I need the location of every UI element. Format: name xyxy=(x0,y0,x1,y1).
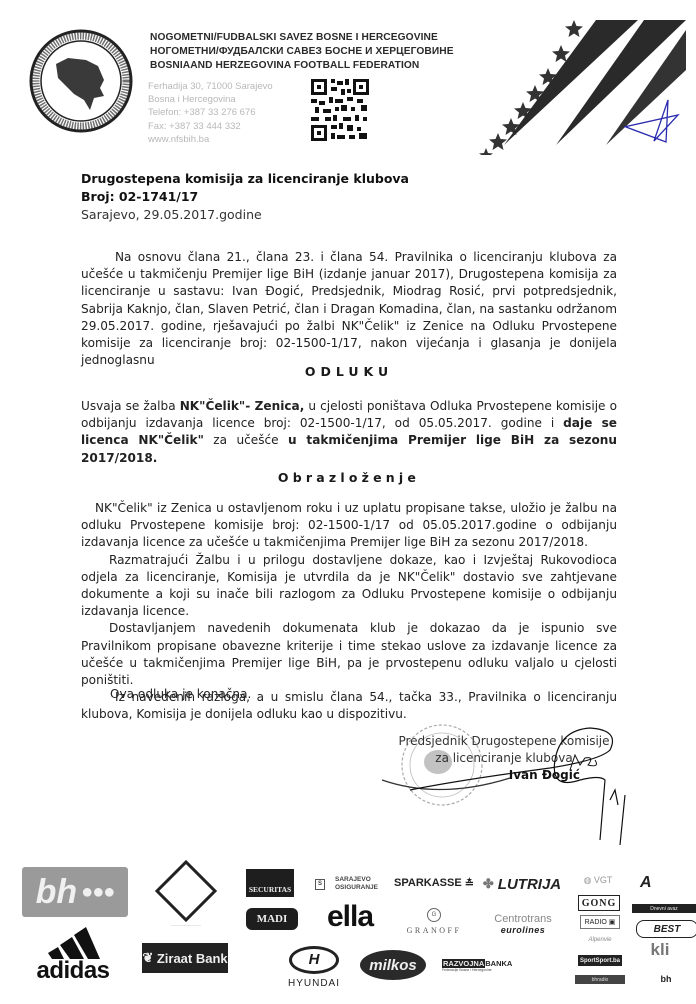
sarajevo-line1: SARAJEVO xyxy=(335,876,378,884)
sponsor-sparkasse: SPARKASSE ≛ xyxy=(396,874,472,892)
adidas-wordmark: adidas xyxy=(36,959,109,983)
ziraat-wordmark: Ziraat Bank xyxy=(157,951,228,966)
document-number: Broj: 02-1741/17 xyxy=(81,188,409,206)
intro-paragraph: Na osnovu člana 21., člana 23. i člana 5… xyxy=(81,249,617,369)
sponsor-bh-telecom: bh●●● xyxy=(22,867,128,917)
diamond-emblem-icon xyxy=(155,860,217,922)
stars-emblem-icon xyxy=(456,15,696,155)
sponsor-sportsport: SportSport.ba xyxy=(578,955,622,966)
phone-line: Telefon: +387 33 276 676 xyxy=(148,106,273,119)
org-name-cyrillic: НОГОМЕТНИ/ФУДБАЛСКИ САВЕЗ БОСНЕ И ХЕРЦЕГ… xyxy=(150,45,454,59)
lutrija-wordmark: LUTRIJA xyxy=(498,876,561,893)
banka-wordmark: BANKA xyxy=(485,959,512,968)
vgt-globe-icon: ◍ xyxy=(584,875,594,886)
adidas-stripes-icon xyxy=(46,927,100,959)
org-name-latin: NOGOMETNI/FUDBALSKI SAVEZ BOSNE I HERCEG… xyxy=(150,31,454,45)
contact-block: Ferhadija 30, 71000 Sarajevo Bosna i Her… xyxy=(148,80,273,146)
vgt-wordmark: VGT xyxy=(594,875,613,885)
sarajevo-osiguranje-icon: S xyxy=(315,879,325,890)
decision-club: NK"Čelik"- Zenica, xyxy=(180,399,305,413)
handwritten-signature-icon xyxy=(400,720,640,850)
decision-text-1: Usvaja se žalba xyxy=(81,399,180,413)
sponsor-hyundai: H HYUNDAI xyxy=(284,942,344,992)
sponsor-ella: ella xyxy=(322,900,378,934)
razvojna-wordmark: RAZVOJNA xyxy=(442,959,485,968)
emblem-caption: ............................... xyxy=(171,923,201,927)
sponsor-kli: kli xyxy=(640,939,680,961)
eurolines-wordmark: eurolines xyxy=(501,925,546,936)
sponsor-bhradio: bhradio xyxy=(575,975,625,984)
reasoning-paragraph: Dostavljanjem navedenih dokumenata klub … xyxy=(81,620,617,689)
bh-logo-text: bh xyxy=(36,873,78,912)
sponsor-radio: RADIO ▣ xyxy=(580,915,620,929)
reasoning-title: Obrazloženje xyxy=(81,470,617,485)
sponsor-gong: GONG xyxy=(578,895,620,911)
sarajevo-line2: OSIGURANJE xyxy=(335,884,378,892)
hyundai-wordmark: HYUNDAI xyxy=(288,978,340,989)
centrotrans-wordmark: Centrotrans xyxy=(494,914,551,925)
sponsor-granoff: G GRANOFF xyxy=(398,904,470,938)
lutrija-clover-icon: ✤ xyxy=(483,876,494,892)
sponsor-centrotrans-eurolines: Centrotrans eurolines xyxy=(486,911,560,939)
address-line: Ferhadija 30, 71000 Sarajevo xyxy=(148,80,273,93)
sponsor-milkos: milkos xyxy=(360,950,426,980)
sponsor-sarajevo-osiguranje: S SARAJEVO OSIGURANJE xyxy=(315,873,385,895)
ziraat-wheat-icon: ❦ xyxy=(142,950,157,966)
sparkasse-wordmark: SPARKASSE xyxy=(394,877,462,889)
issuer-title: Drugostepena komisija za licenciranje kl… xyxy=(81,170,409,188)
place-and-date: Sarajevo, 29.05.2017.godine xyxy=(81,206,409,224)
country-line: Bosna i Hercegovina xyxy=(148,93,273,106)
document-heading: Drugostepena komisija za licenciranje kl… xyxy=(81,170,409,224)
sponsor-alpenvie: Alpenvie xyxy=(575,932,625,948)
website-line: www.nfsbih.ba xyxy=(148,133,273,146)
qr-code-icon xyxy=(311,79,369,141)
org-name-english: BOSNIAAND HERZEGOVINA FOOTBALL FEDERATIO… xyxy=(150,59,454,73)
bh-dots-icon: ●●● xyxy=(81,881,114,904)
decision-paragraph: Usvaja se žalba NK"Čelik"- Zenica, u cje… xyxy=(81,398,617,467)
sponsor-lutrija: ✤LUTRIJA xyxy=(484,872,560,896)
decision-title: ODLUKU xyxy=(81,364,617,379)
federation-seal-icon xyxy=(28,28,134,134)
fax-line: Fax: +387 33 444 332 xyxy=(148,120,273,133)
radio-wordmark: RADIO xyxy=(585,919,607,926)
radio-box-icon: ▣ xyxy=(607,918,616,926)
sponsor-kss-emblem: ............................... xyxy=(142,868,230,928)
sponsor-best: BEST xyxy=(636,920,696,938)
federation-names: NOGOMETNI/FUDBALSKI SAVEZ BOSNE I HERCEG… xyxy=(150,31,454,73)
sponsor-adidas: adidas xyxy=(30,925,116,985)
razvojna-subtitle: Federacije Bosne i Hercegovine xyxy=(442,968,492,972)
granoff-wordmark: GRANOFF xyxy=(407,926,462,935)
sponsor-ziraat-bank: ❦ Ziraat Bank xyxy=(142,943,228,973)
sponsor-securitas: SECURITAS xyxy=(246,869,294,897)
decision-text-3: za učešće xyxy=(204,433,288,447)
reasoning-paragraph: Razmatrajući Žalbu i u prilogu dostavlje… xyxy=(81,552,617,621)
sponsor-razvojna-banka: RAZVOJNABANKA Federacije Bosne i Hercego… xyxy=(442,955,526,975)
hyundai-h-icon: H xyxy=(289,946,339,974)
sponsor-madi: MADI xyxy=(246,908,298,930)
sponsor-dnevni-avaz: Dnevni avaz xyxy=(632,904,696,913)
sponsor-bh-logo: bh xyxy=(636,972,696,986)
final-statement: Ova odluka je konačna. xyxy=(110,687,251,701)
reasoning-paragraph: NK"Čelik" iz Zenica u ostavljenom roku i… xyxy=(81,500,617,552)
sponsor-a1: A xyxy=(640,873,696,893)
sparkasse-s-icon: ≛ xyxy=(462,877,474,890)
sponsor-vgt: ◍ VGT xyxy=(575,873,621,887)
granoff-crest-icon: G xyxy=(427,908,441,922)
